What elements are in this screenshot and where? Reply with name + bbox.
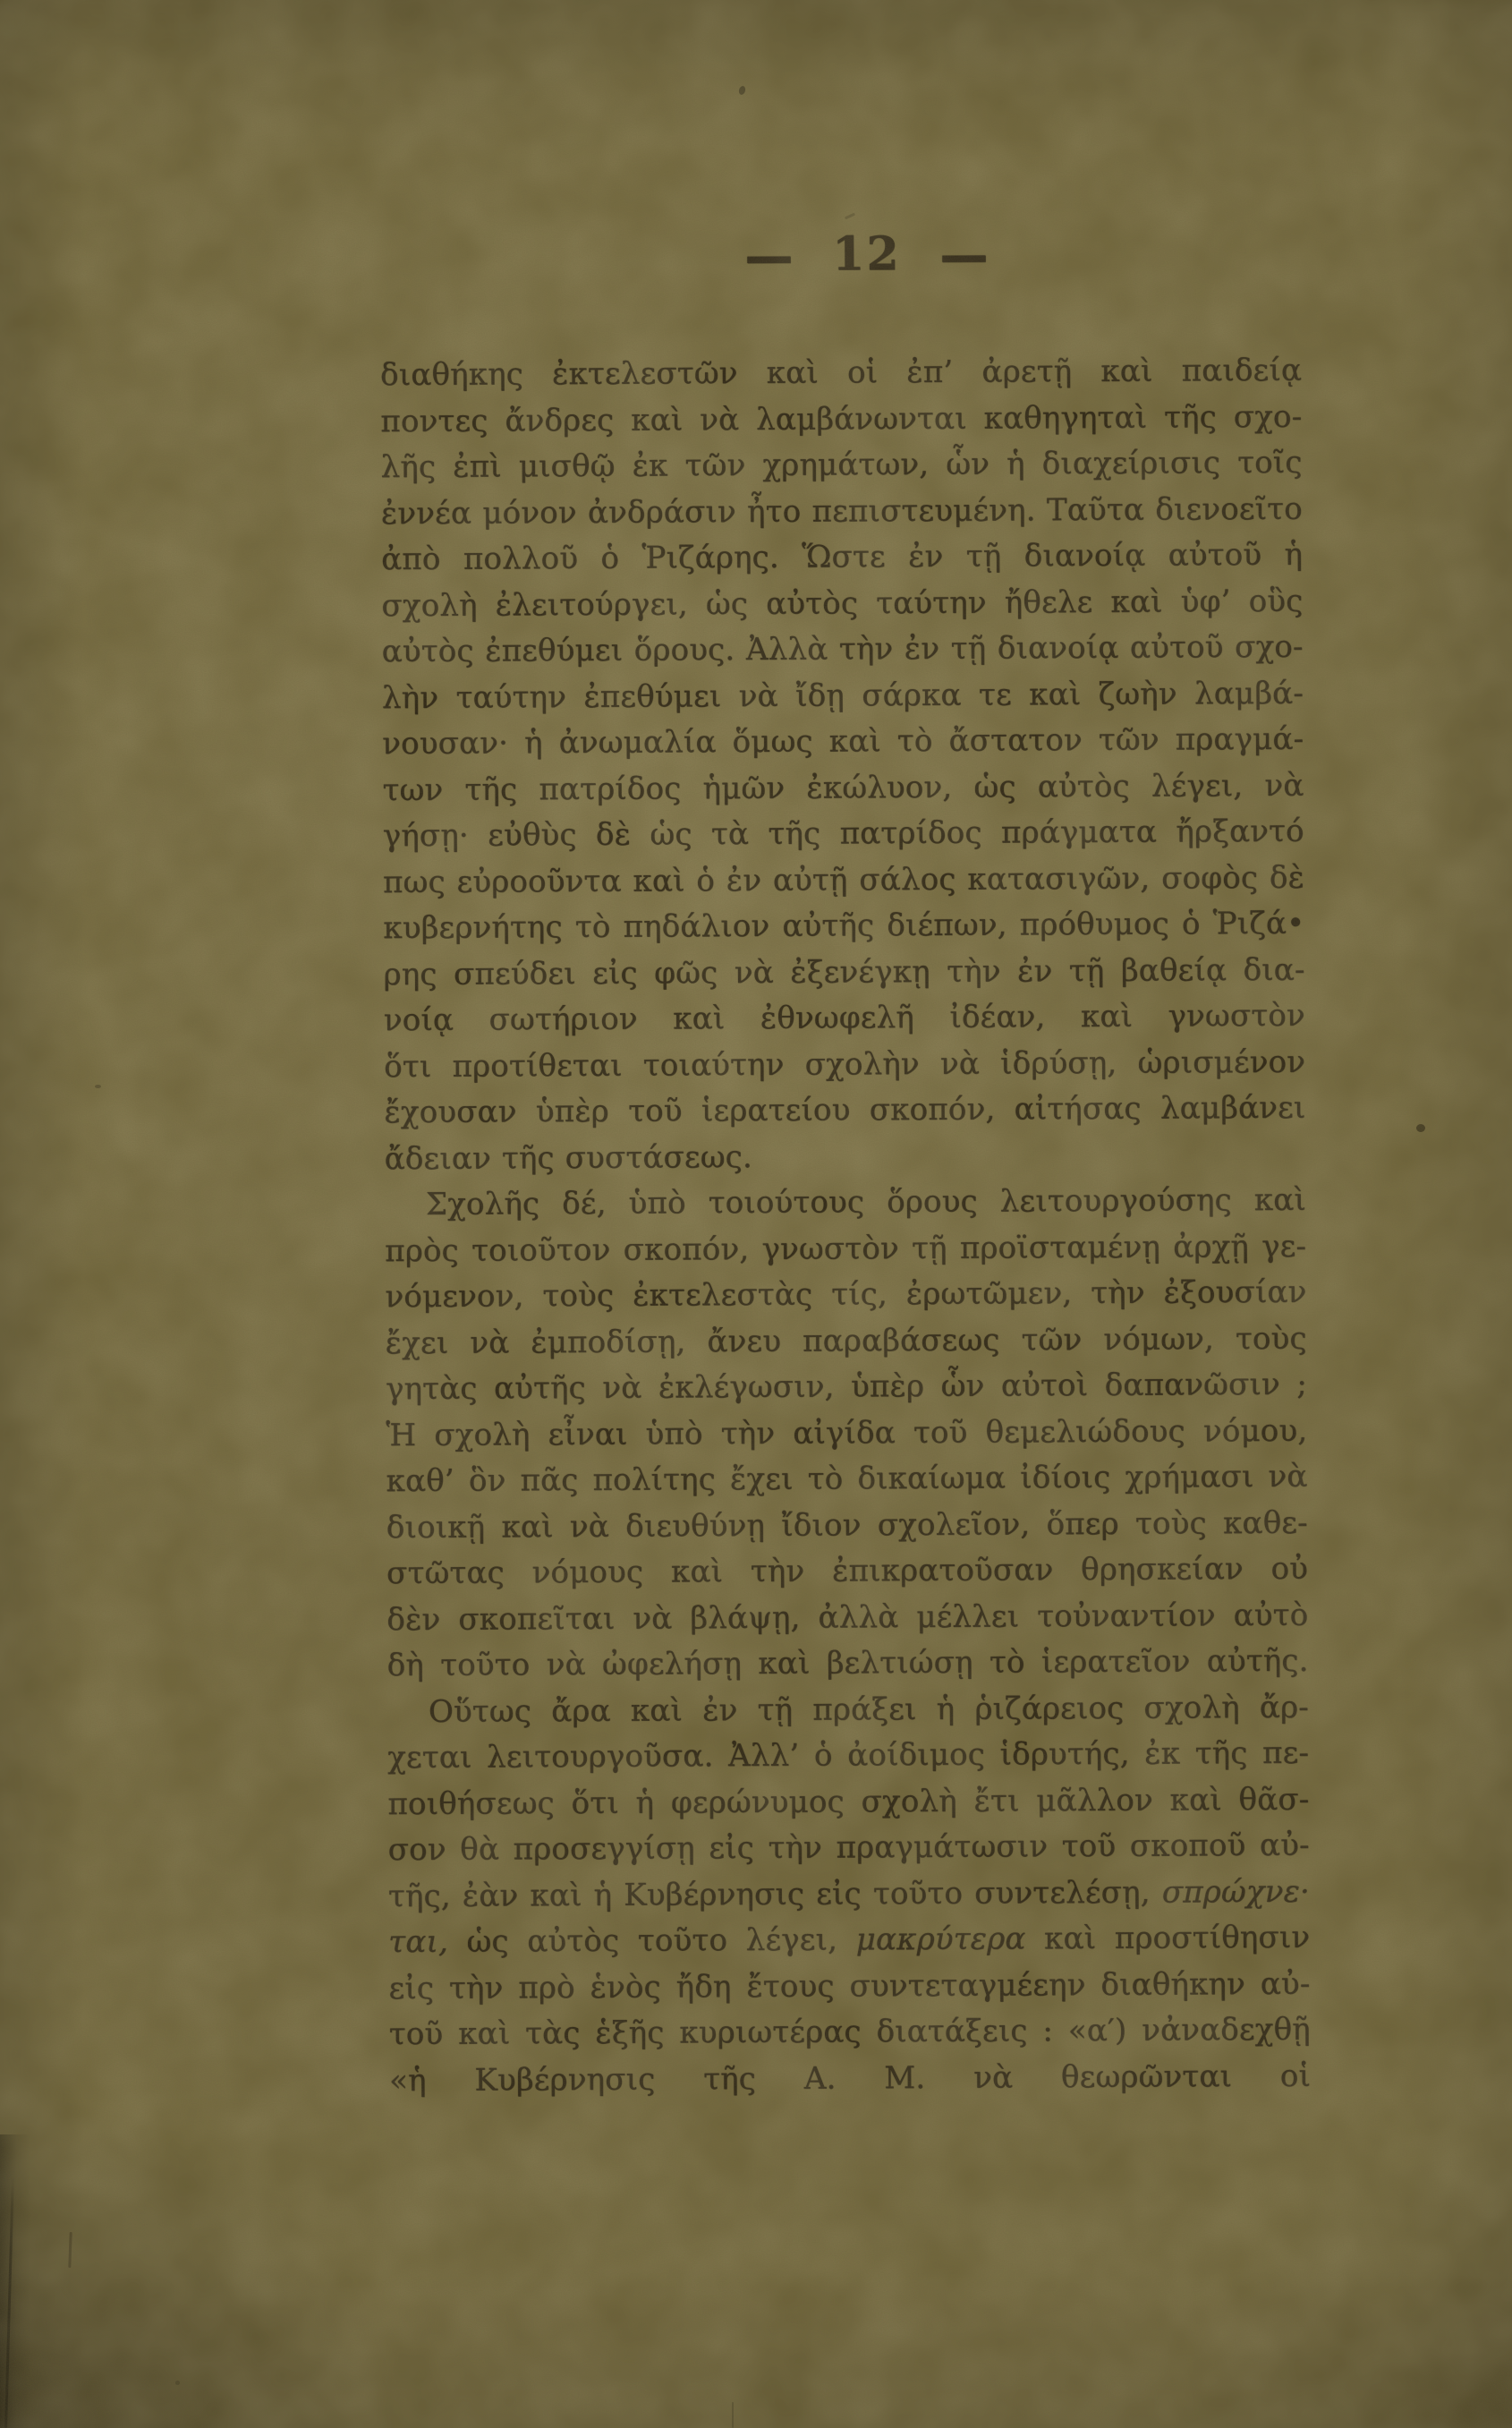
text-segment: κυβερνήτης τὸ πηδάλιον αὐτῆς διέπων, πρό…	[383, 906, 1304, 946]
italic-text-segment: ται,	[388, 1924, 448, 1960]
text-segment: ὡς αὐτὸς τοῦτο λέγει,	[448, 1921, 856, 1959]
text-segment: ρης σπεύδει εἰς φῶς νὰ ἐξενέγκῃ τὴν ἐν τ…	[383, 951, 1304, 992]
text-line: τῆς, ἐὰν καὶ ἡ Κυβέρνησις εἰς τοῦτο συντ…	[388, 1869, 1310, 1920]
text-line: δὲν σκοπεῖται νὰ βλάψῃ, ἀλλὰ μέλλει τοὐν…	[386, 1592, 1308, 1643]
text-segment: των τῆς πατρίδος ἡμῶν ἐκώλυον, ὡς αὐτὸς …	[382, 767, 1304, 814]
text-segment: ἐννέα μόνον ἀνδράσιν ἦτο πεπιστευμένη. Τ…	[381, 490, 1303, 531]
text-line: Ἡ σχολὴ εἶναι ὑπὸ τὴν αἰγίδα τοῦ θεμελιώ…	[386, 1408, 1307, 1459]
text-segment: νόμενον, τοὺς ἐκτελεστὰς τίς, ἐρωτῶμεν, …	[385, 1274, 1306, 1315]
text-line: ἀπὸ πολλοῦ ὁ Ῥιζάρης. Ὥστε ἐν τῇ διανοίᾳ…	[381, 532, 1303, 584]
text-line: χεται λειτουργοῦσα. Ἀλλ’ ὁ ἀοίδιμος ἱδρυ…	[387, 1731, 1309, 1782]
text-segment: ἄδειαν τῆς συστάσεως.	[385, 1139, 753, 1177]
text-line: ἔχουσαν ὑπὲρ τοῦ ἱερατείου σκοπόν, αἰτήσ…	[384, 1086, 1305, 1137]
italic-text-segment: μακρύτερα	[856, 1921, 1026, 1957]
text-line: ὅτι προτίθεται τοιαύτην σχολὴν νὰ ἱδρύσῃ…	[384, 1039, 1305, 1090]
text-segment: ἀπὸ πολλοῦ ὁ Ῥιζάρης. Ὥστε ἐν τῇ διανοίᾳ…	[381, 537, 1303, 577]
text-line: λὴν ταύτην ἐπεθύμει νὰ ἴδῃ σάρκα τε καὶ …	[382, 670, 1304, 721]
text-segment: σον θὰ προσεγγίσῃ εἰς τὴν πραγμάτωσιν το…	[388, 1827, 1310, 1868]
text-segment: χεται λειτουργοῦσα. Ἀλλ’ ὁ ἀοίδιμος ἱδρυ…	[387, 1735, 1309, 1776]
text-line: ποιθήσεως ὅτι ἡ φερώνυμος σχολὴ ἔτι μᾶλλ…	[387, 1776, 1309, 1827]
text-line: γήσῃ· εὐθὺς δὲ ὡς τὰ τῆς πατρίδος πράγμα…	[383, 809, 1304, 860]
header-dash-left: —	[744, 234, 793, 275]
text-segment: στῶτας νόμους καὶ τὴν ἐπικρατοῦσαν θρησκ…	[386, 1551, 1308, 1597]
text-segment: διοικῇ καὶ νὰ διευθύνῃ ἴδιον σχολεῖον, ὅ…	[386, 1504, 1308, 1545]
text-line: δὴ τοῦτο νὰ ὠφελήσῃ καὶ βελτιώσῃ τὸ ἱερα…	[387, 1639, 1309, 1690]
page-tilt-wrapper: — 12 — διαθήκης ἐκτελεστῶν καὶ οἱ ἐπ’ ἀρ…	[0, 0, 1512, 2428]
page-edge-tear	[0, 2134, 30, 2428]
text-line: πως εὐροοῦντα καὶ ὁ ἐν αὐτῇ σάλος κατασι…	[383, 855, 1304, 906]
text-line: λῆς ἐπὶ μισθῷ ἐκ τῶν χρημάτων, ὧν ἡ διαχ…	[380, 440, 1302, 491]
text-segment: τοῦ καὶ τὰς ἑξῆς κυριωτέρας διατάξεις : …	[389, 2012, 1311, 2052]
text-line: ἄδειαν τῆς συστάσεως.	[385, 1131, 1306, 1182]
text-line: των τῆς πατρίδος ἡμῶν ἐκώλυον, ὡς αὐτὸς …	[382, 762, 1304, 814]
text-block: διαθήκης ἐκτελεστῶν καὶ οἱ ἐπ’ ἀρετῇ καὶ…	[380, 348, 1311, 2104]
text-line: σχολὴ ἐλειτούργει, ὡς αὐτὸς ταύτην ἤθελε…	[381, 578, 1303, 629]
paper-speck	[95, 1085, 101, 1088]
text-segment: νοίᾳ σωτήριον καὶ ἐθνωφελῆ ἰδέαν, καὶ γν…	[384, 998, 1305, 1044]
paper-speck	[175, 2381, 180, 2385]
text-line: ποντες ἄνδρες καὶ νὰ λαμβάνωνται καθηγητ…	[380, 394, 1302, 445]
text-line: εἰς τὴν πρὸ ἑνὸς ἤδη ἔτους συντεταγμέεην…	[388, 1961, 1310, 2012]
text-line: πρὸς τοιοῦτον σκοπόν, γνωστὸν τῇ προϊστα…	[385, 1223, 1306, 1274]
text-segment: διαθήκης ἐκτελεστῶν καὶ οἱ ἐπ’ ἀρετῇ καὶ…	[380, 353, 1302, 399]
text-segment: δὴ τοῦτο νὰ ὠφελήσῃ καὶ βελτιώσῃ τὸ ἱερα…	[387, 1643, 1309, 1683]
text-segment: καθ’ ὃν πᾶς πολίτης ἔχει τὸ δικαίωμα ἰδί…	[386, 1459, 1307, 1499]
text-segment: δὲν σκοπεῖται νὰ βλάψῃ, ἀλλὰ μέλλει τοὐν…	[386, 1597, 1308, 1637]
text-line: Σχολῆς δέ, ὑπὸ τοιούτους ὅρους λειτουργο…	[385, 1178, 1306, 1229]
text-segment: τῆς, ἐὰν καὶ ἡ Κυβέρνησις εἰς τοῦτο συντ…	[388, 1874, 1162, 1914]
text-line: διοικῇ καὶ νὰ διευθύνῃ ἴδιον σχολεῖον, ὅ…	[386, 1500, 1308, 1551]
paper-speck	[732, 2402, 734, 2428]
text-line: στῶτας νόμους καὶ τὴν ἐπικρατοῦσαν θρησκ…	[386, 1546, 1308, 1597]
text-segment: ποιθήσεως ὅτι ἡ φερώνυμος σχολὴ ἔτι μᾶλλ…	[387, 1781, 1309, 1821]
text-line: διαθήκης ἐκτελεστῶν καὶ οἱ ἐπ’ ἀρετῇ καὶ…	[380, 348, 1302, 399]
text-line: σον θὰ προσεγγίσῃ εἰς τὴν πραγμάτωσιν το…	[388, 1823, 1310, 1874]
text-segment: γητὰς αὐτῆς νὰ ἐκλέγωσιν, ὑπὲρ ὧν αὐτοὶ …	[386, 1367, 1307, 1407]
text-segment: πρὸς τοιοῦτον σκοπόν, γνωστὸν τῇ προϊστα…	[385, 1228, 1306, 1268]
page-number: 12	[832, 226, 901, 281]
scanned-book-page: — 12 — διαθήκης ἐκτελεστῶν καὶ οἱ ἐπ’ ἀρ…	[0, 0, 1512, 2428]
text-segment: ἔχει νὰ ἐμποδίσῃ, ἄνευ παραβάσεως τῶν νό…	[386, 1320, 1307, 1367]
text-segment: εἰς τὴν πρὸ ἑνὸς ἤδη ἔτους συντεταγμέεην…	[388, 1965, 1310, 2006]
text-line: Οὕτως ἄρα καὶ ἐν τῇ πράξει ἡ ῥιζάρειος σ…	[387, 1684, 1309, 1735]
text-line: γητὰς αὐτῆς νὰ ἐκλέγωσιν, ὑπὲρ ὧν αὐτοὶ …	[386, 1362, 1307, 1413]
page-header: — 12 —	[744, 226, 988, 282]
text-line: νουσαν· ἡ ἀνωμαλία ὅμως καὶ τὸ ἄστατον τ…	[382, 717, 1304, 768]
italic-text-segment: σπρώχνε·	[1162, 1873, 1310, 1910]
text-segment: Οὕτως ἄρα καὶ ἐν τῇ πράξει ἡ ῥιζάρειος σ…	[429, 1689, 1309, 1729]
text-line: τοῦ καὶ τὰς ἑξῆς κυριωτέρας διατάξεις : …	[389, 2007, 1311, 2058]
text-line: αὐτὸς ἐπεθύμει ὅρους. Ἀλλὰ τὴν ἐν τῇ δια…	[382, 625, 1304, 676]
text-line: νόμενον, τοὺς ἐκτελεστὰς τίς, ἐρωτῶμεν, …	[385, 1270, 1306, 1321]
paper-speck	[1416, 1124, 1425, 1132]
text-segment: γήσῃ· εὐθὺς δὲ ὡς τὰ τῆς πατρίδος πράγμα…	[383, 814, 1304, 854]
text-line: ται, ὡς αὐτὸς τοῦτο λέγει, μακρύτερα καὶ…	[388, 1915, 1310, 1966]
text-segment: λὴν ταύτην ἐπεθύμει νὰ ἴδῃ σάρκα τε καὶ …	[382, 675, 1304, 715]
text-line: κυβερνήτης τὸ πηδάλιον αὐτῆς διέπων, πρό…	[383, 901, 1304, 952]
text-segment: ποντες ἄνδρες καὶ νὰ λαμβάνωνται καθηγητ…	[380, 398, 1302, 439]
text-line: ἔχει νὰ ἐμποδίσῃ, ἄνευ παραβάσεως τῶν νό…	[386, 1316, 1307, 1367]
text-segment: Ἡ σχολὴ εἶναι ὑπὸ τὴν αἰγίδα τοῦ θεμελιώ…	[386, 1412, 1307, 1453]
text-segment: σχολὴ ἐλειτούργει, ὡς αὐτὸς ταύτην ἤθελε…	[381, 583, 1303, 623]
text-segment: Σχολῆς δέ, ὑπὸ τοιούτους ὅρους λειτουργο…	[426, 1182, 1306, 1223]
text-segment: καὶ προστίθησιν	[1025, 1920, 1310, 1957]
text-segment: νουσαν· ἡ ἀνωμαλία ὅμως καὶ τὸ ἄστατον τ…	[382, 721, 1304, 762]
text-segment: «ἡ Κυβέρνησις τῆς Α. Μ. νὰ θεωρῶνται οἱ …	[389, 2057, 1311, 2104]
text-segment: ὅτι προτίθεται τοιαύτην σχολὴν νὰ ἱδρύσῃ…	[384, 1044, 1305, 1084]
text-line: ἐννέα μόνον ἀνδράσιν ἦτο πεπιστευμένη. Τ…	[381, 486, 1303, 537]
text-segment: λῆς ἐπὶ μισθῷ ἐκ τῶν χρημάτων, ὧν ἡ διαχ…	[381, 445, 1303, 485]
header-dash-right: —	[939, 233, 988, 274]
text-segment: πως εὐροοῦντα καὶ ὁ ἐν αὐτῇ σάλος κατασι…	[383, 859, 1304, 899]
text-line: ρης σπεύδει εἰς φῶς νὰ ἐξενέγκῃ τὴν ἐν τ…	[383, 947, 1304, 998]
text-segment: αὐτὸς ἐπεθύμει ὅρους. Ἀλλὰ τὴν ἐν τῇ δια…	[382, 629, 1304, 669]
text-line: καθ’ ὃν πᾶς πολίτης ἔχει τὸ δικαίωμα ἰδί…	[386, 1454, 1307, 1505]
text-segment: ἔχουσαν ὑπὲρ τοῦ ἱερατείου σκοπόν, αἰτήσ…	[384, 1090, 1305, 1137]
text-line: «ἡ Κυβέρνησις τῆς Α. Μ. νὰ θεωρῶνται οἱ …	[389, 2053, 1311, 2104]
text-line: νοίᾳ σωτήριον καὶ ἐθνωφελῆ ἰδέαν, καὶ γν…	[384, 993, 1305, 1044]
